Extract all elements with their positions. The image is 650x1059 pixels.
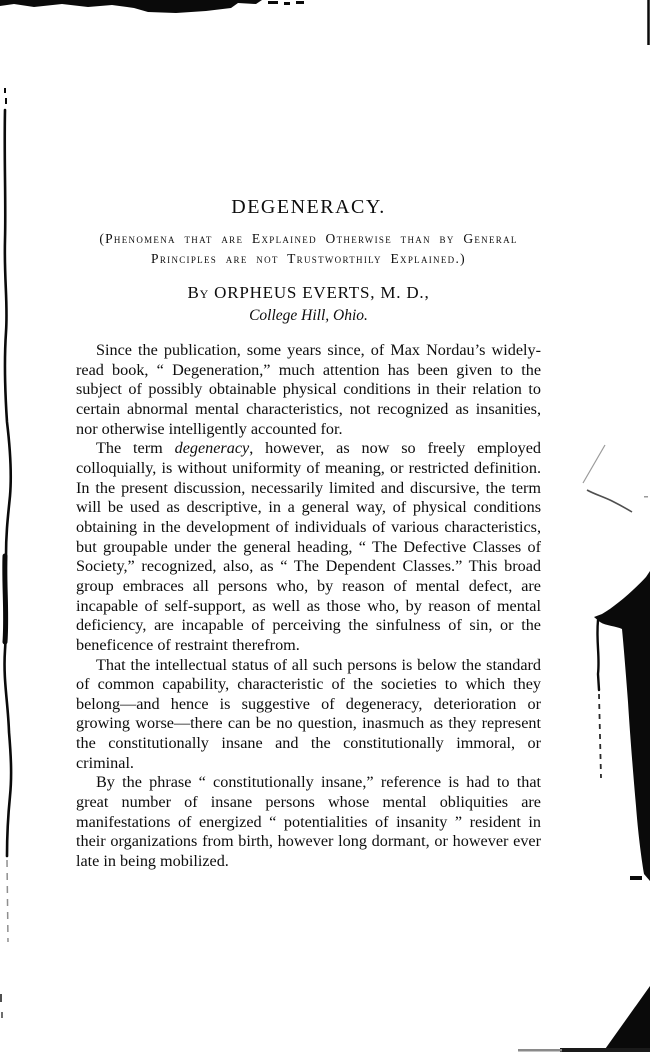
article-byline: By ORPHEUS EVERTS, M. D., (76, 282, 541, 303)
bottom-edge-shadow-strip-fade (518, 1049, 562, 1052)
text-run: Since the publication, some years since,… (76, 341, 541, 438)
right-margin-scratch-mark (587, 490, 632, 512)
right-margin-speck (644, 496, 648, 498)
right-edge-blob-foot-mark (630, 876, 642, 880)
article-subtitle-line2: Principles are not Trustworthily Explain… (151, 251, 466, 266)
right-margin-scratch-mark (583, 445, 605, 483)
bottom-edge-shadow-strip-mark (560, 1048, 650, 1052)
paragraph-2: The term degeneracy, however, as now so … (76, 439, 541, 655)
text-run: That the intellectual status of all such… (76, 656, 541, 772)
bottom-right-ink-triangle-mark (603, 986, 650, 1052)
top-edge-dash-mark (296, 1, 304, 4)
left-bottom-speck (1, 1012, 3, 1018)
paragraph-1: Since the publication, some years since,… (76, 341, 541, 439)
article-column: DEGENERACY. (Phenomena that are Explaine… (76, 196, 541, 872)
text-run-italic: degeneracy (175, 439, 250, 457)
right-edge-ink-blob-line-mark (597, 620, 599, 690)
top-edge-scan-band-mark (0, 0, 262, 13)
article-subtitle-line1: (Phenomena that are Explained Otherwise … (99, 231, 517, 246)
right-edge-ink-blob-line-fade (599, 694, 601, 778)
left-edge-crease-thick-segment (5, 556, 6, 642)
left-edge-crease-fade-tail (7, 860, 8, 942)
scanned-document-page: DEGENERACY. (Phenomena that are Explaine… (0, 0, 650, 1059)
paragraph-4: By the phrase “ constitutionally insane,… (76, 773, 541, 871)
right-edge-ink-blob-mark (594, 571, 650, 881)
top-edge-dash-mark (284, 2, 290, 5)
text-run: The term (96, 439, 175, 457)
top-edge-dash-mark (268, 1, 278, 4)
left-bottom-speck (0, 994, 2, 1002)
text-run: By the phrase “ constitutionally insane,… (76, 773, 541, 870)
article-title: DEGENERACY. (76, 196, 541, 218)
article-author-location: College Hill, Ohio. (76, 306, 541, 325)
left-edge-crease-dot (5, 98, 7, 104)
paragraph-3: That the intellectual status of all such… (76, 656, 541, 774)
left-edge-crease-dot (4, 88, 6, 93)
text-run: , however, as now so freely employed col… (76, 439, 541, 654)
article-subtitle: (Phenomena that are Explained Otherwise … (76, 229, 541, 268)
left-edge-crease-line-mark (5, 110, 12, 856)
